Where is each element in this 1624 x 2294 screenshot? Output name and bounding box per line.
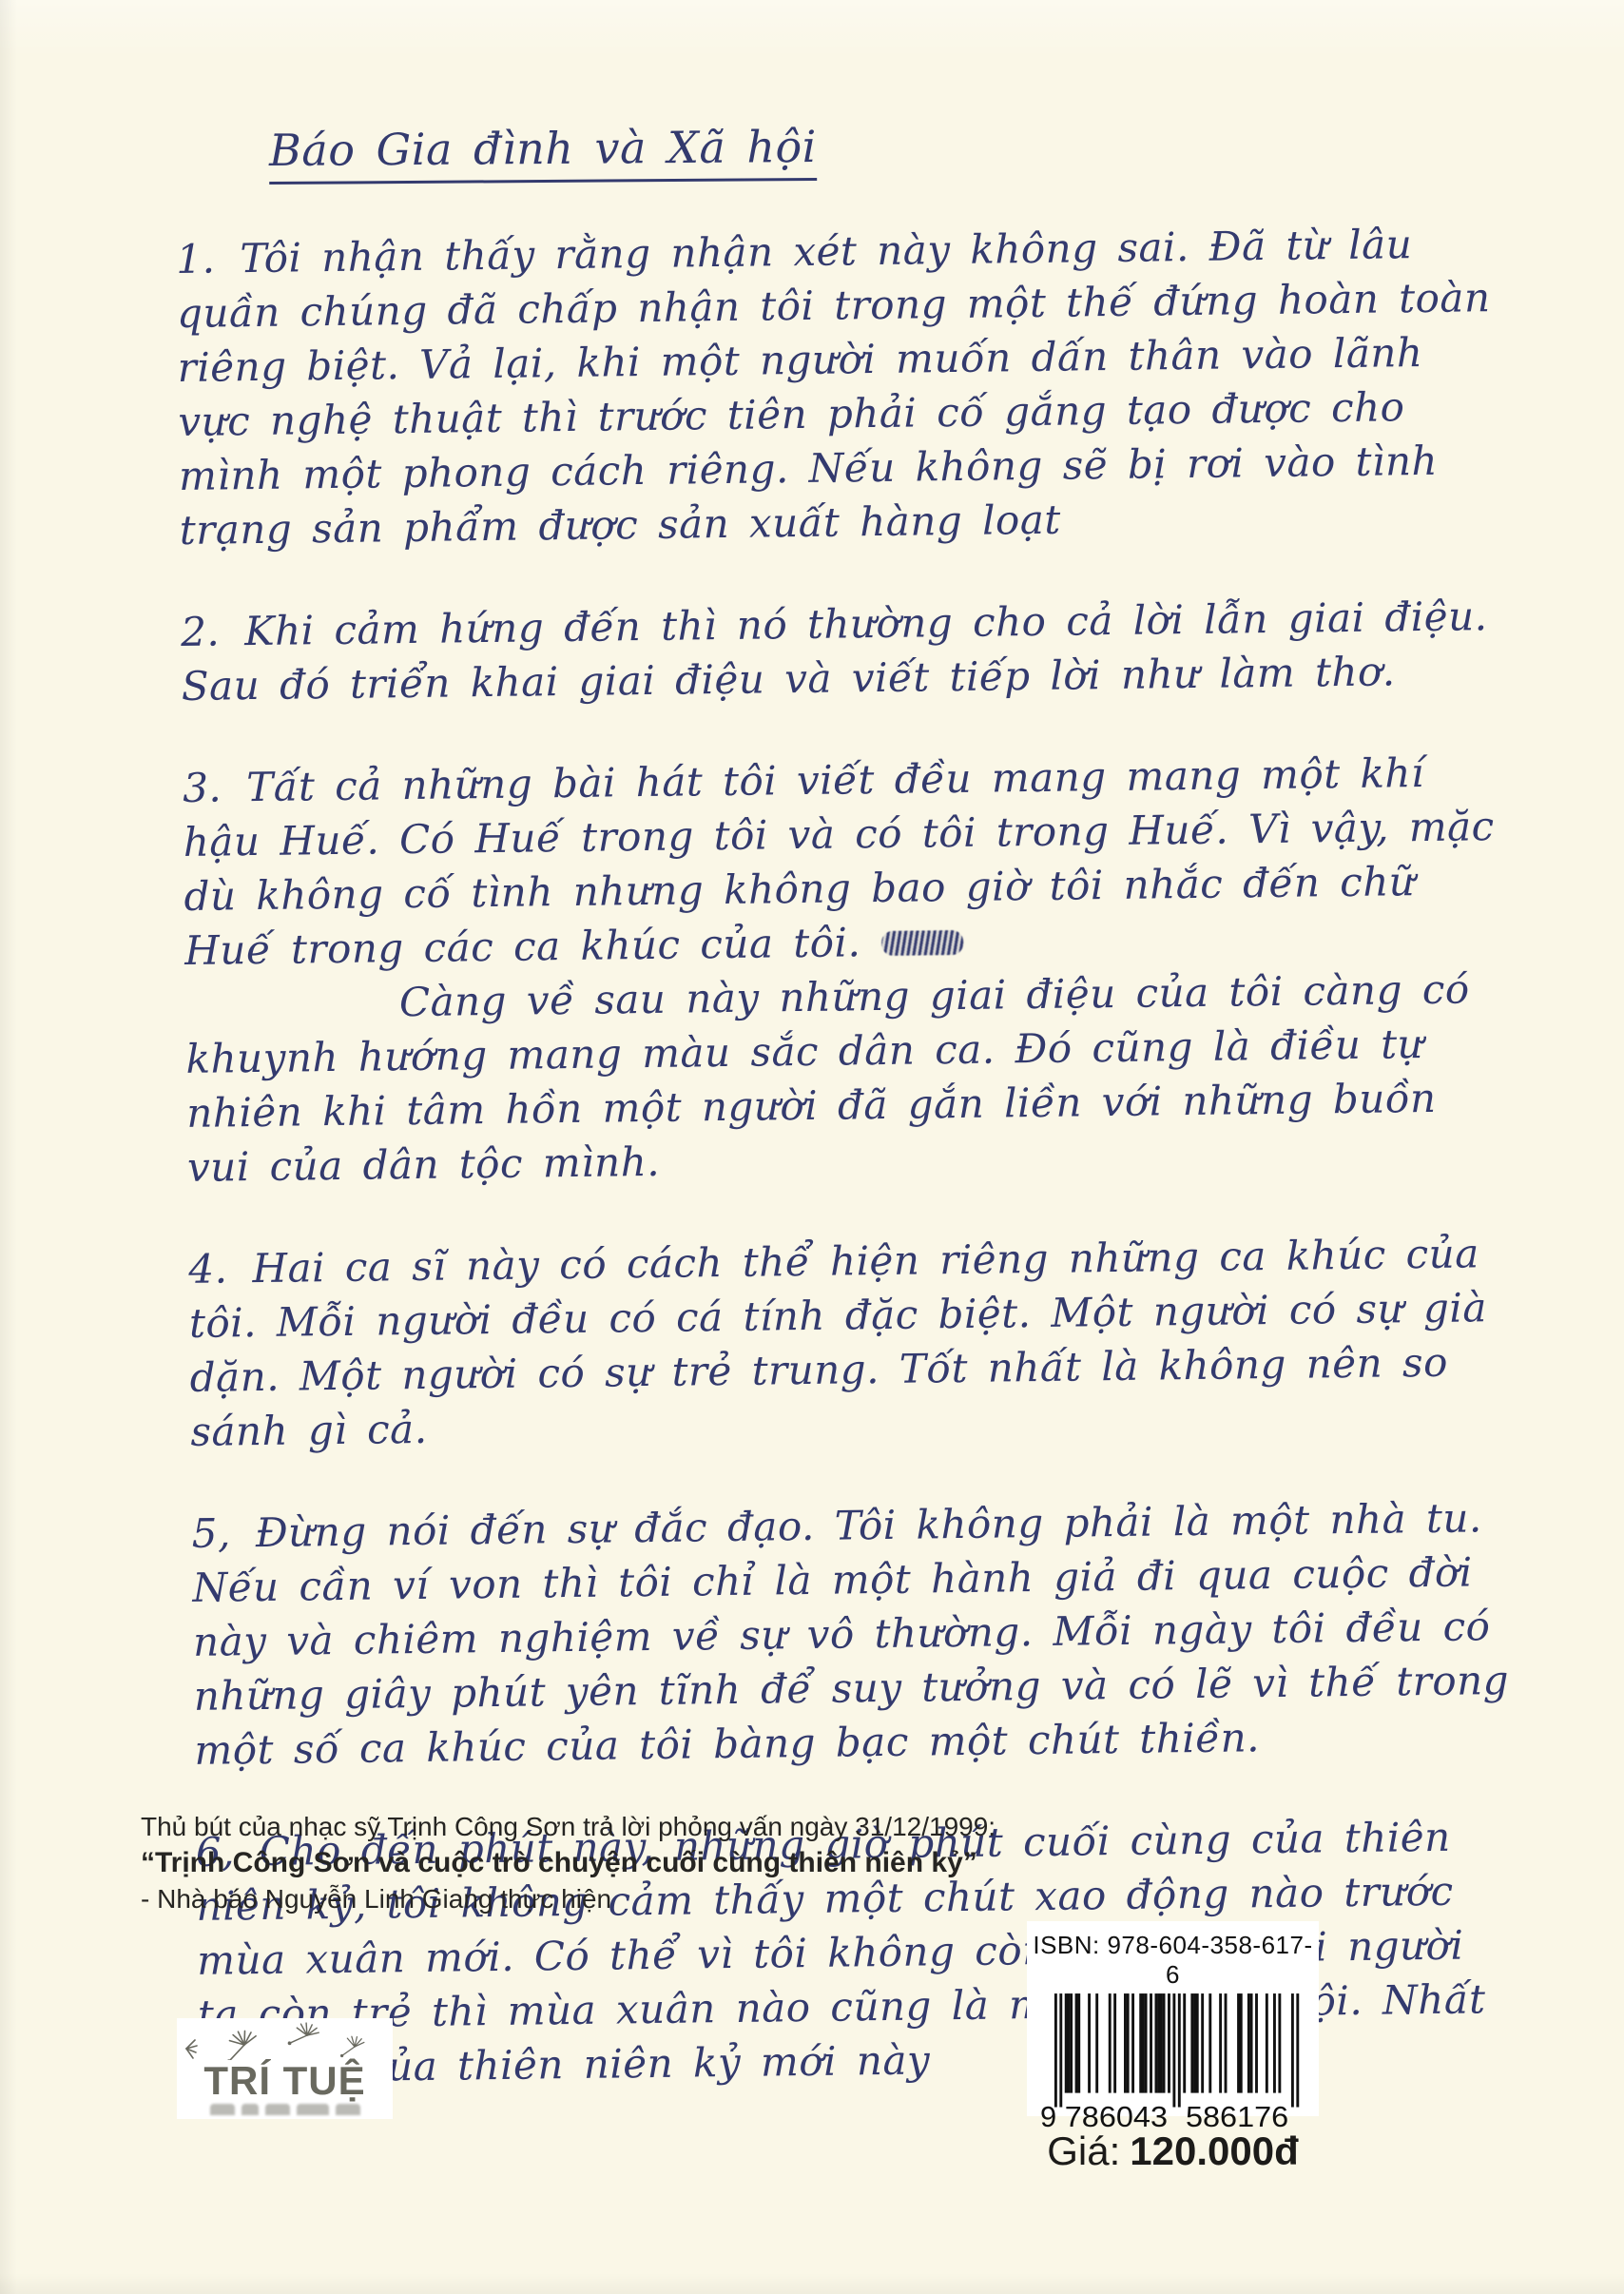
paragraph-number: 1.	[176, 235, 216, 282]
svg-text:9: 9	[1040, 2100, 1056, 2129]
paragraph-number: 3.	[183, 764, 222, 810]
paragraph-text: Tất cả những bài hát tôi viết đều mang m…	[184, 749, 1495, 974]
paragraph-text: Tôi nhận thấy rằng nhận xét này không sa…	[177, 221, 1491, 554]
dandelion-seeds-icon	[185, 2020, 385, 2060]
ean13-barcode: 9786043586176	[1040, 1993, 1306, 2129]
paragraph-number: 2.	[181, 608, 221, 654]
cropped-logo-subline	[177, 2104, 393, 2115]
publisher-logo: TRÍ TUỆ	[177, 2018, 393, 2119]
price-line: Giá:120.000đ	[1027, 2129, 1319, 2174]
svg-text:586176: 586176	[1185, 2100, 1287, 2129]
isbn-label: ISBN: 978-604-358-617-6	[1027, 1931, 1319, 1990]
manuscript-paragraph-3: 3.Tất cả những bài hát tôi viết đều mang…	[183, 745, 1507, 978]
manuscript-paragraph-2: 2.Khi cảm hứng đến thì nó thường cho cả …	[181, 589, 1503, 713]
manuscript-title: Báo Gia đình và Xã hội	[269, 120, 817, 185]
manuscript-paragraph-4: 4.Hai ca sĩ này có cách thể hiện riêng n…	[188, 1226, 1513, 1459]
paragraph-text: Càng về sau này những giai điệu của tôi …	[185, 965, 1470, 1190]
publisher-name: TRÍ TUỆ	[177, 2060, 393, 2102]
caption-block: Thủ bút của nhạc sỹ Trịnh Công Sơn trả l…	[141, 1809, 996, 1917]
paragraph-number: 5,	[191, 1509, 231, 1556]
paragraph-text: Đừng nói đến sự đắc đạo. Tôi không phải …	[192, 1494, 1509, 1774]
paragraph-text: Hai ca sĩ này có cách thể hiện riêng nhữ…	[189, 1230, 1487, 1455]
caption-line-1: Thủ bút của nhạc sỹ Trịnh Công Sơn trả l…	[141, 1809, 996, 1845]
manuscript-paragraph-5: 5,Đừng nói đến sự đắc đạo. Tôi không phả…	[191, 1490, 1516, 1778]
caption-author-line: - Nhà báo Nguyễn Linh Giang thực hiện	[141, 1881, 996, 1917]
svg-text:786043: 786043	[1064, 2100, 1167, 2129]
crossed-out-scribble	[881, 930, 963, 956]
price-value: 120.000đ	[1130, 2129, 1298, 2173]
price-label: Giá:	[1047, 2129, 1120, 2173]
isbn-barcode-block: ISBN: 978-604-358-617-6 9786043586176	[1027, 1921, 1319, 2116]
paragraph-number: 4.	[188, 1245, 228, 1292]
caption-title-quote: “Trịnh Công Sơn và cuộc trò chuyện cuối …	[141, 1845, 996, 1881]
manuscript-paragraph-1: 1.Tôi nhận thấy rằng nhận xét này không …	[176, 216, 1501, 557]
paragraph-text: Khi cảm hứng đến thì nó thường cho cả lờ…	[182, 593, 1488, 710]
manuscript-paragraph-3-continuation: Càng về sau này những giai điệu của tôi …	[185, 962, 1510, 1195]
